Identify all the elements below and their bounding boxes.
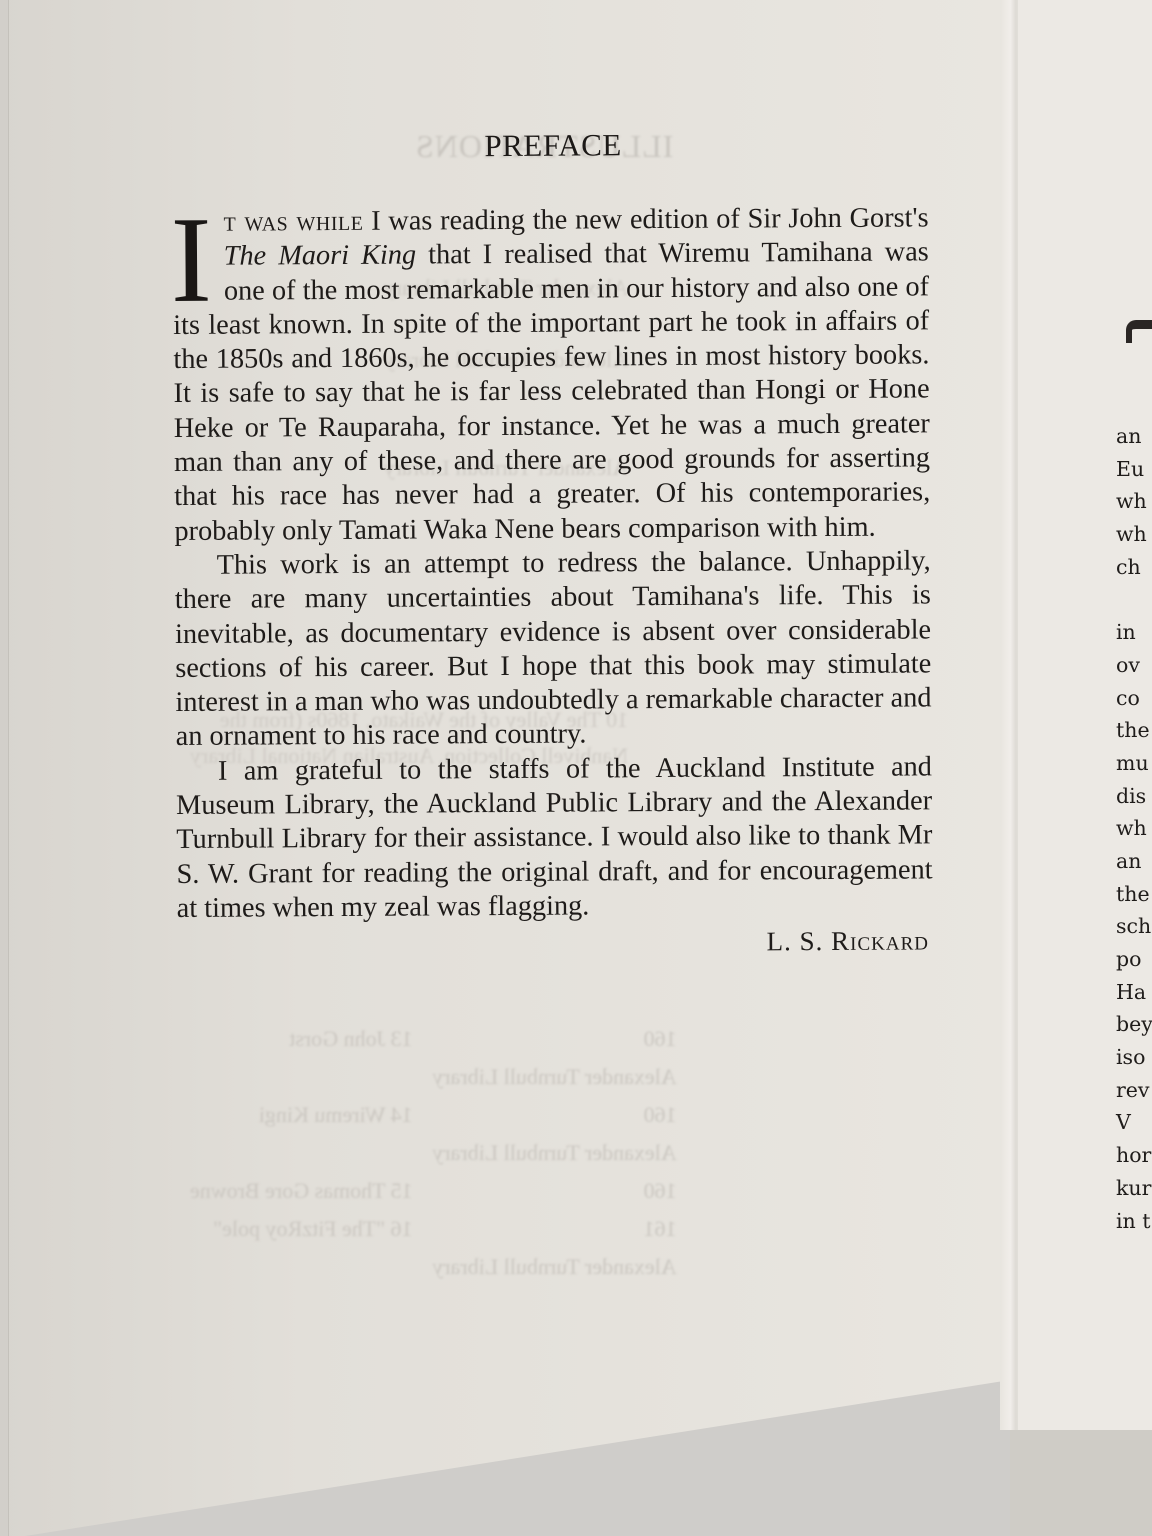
paragraph-1-text-a: I was reading the new edition of Sir Joh…: [363, 202, 928, 236]
facing-page-drop-cap: [1126, 320, 1152, 343]
book-title-italic: The Maori King: [224, 240, 417, 272]
facing-book-page: an Eu wh wh ch in ov co the mu dis wh an…: [1018, 0, 1152, 1430]
author-signature: L. S. Rickard: [177, 926, 933, 962]
paragraph-1-text-b: that I realised that Wiremu Tamihana was…: [173, 237, 930, 547]
facing-page-text-fragments: an Eu wh wh ch in ov co the mu dis wh an…: [1116, 420, 1152, 1237]
preface-body: It was while I was reading the new editi…: [172, 201, 932, 926]
author-initials: L. S.: [767, 926, 832, 956]
paragraph-2: This work is an attempt to redress the b…: [175, 544, 932, 754]
preface-content: PREFACE It was while I was reading the n…: [172, 125, 933, 961]
page-stack-edge: [0, 0, 9, 1536]
lead-in-smallcaps: t was while: [223, 206, 363, 238]
paragraph-3: I am grateful to the staffs of the Auckl…: [176, 750, 933, 926]
paragraph-1: It was while I was reading the new editi…: [172, 201, 930, 549]
author-surname: Rickard: [831, 926, 929, 957]
page-title: PREFACE: [172, 125, 928, 166]
drop-cap: I: [171, 212, 213, 308]
